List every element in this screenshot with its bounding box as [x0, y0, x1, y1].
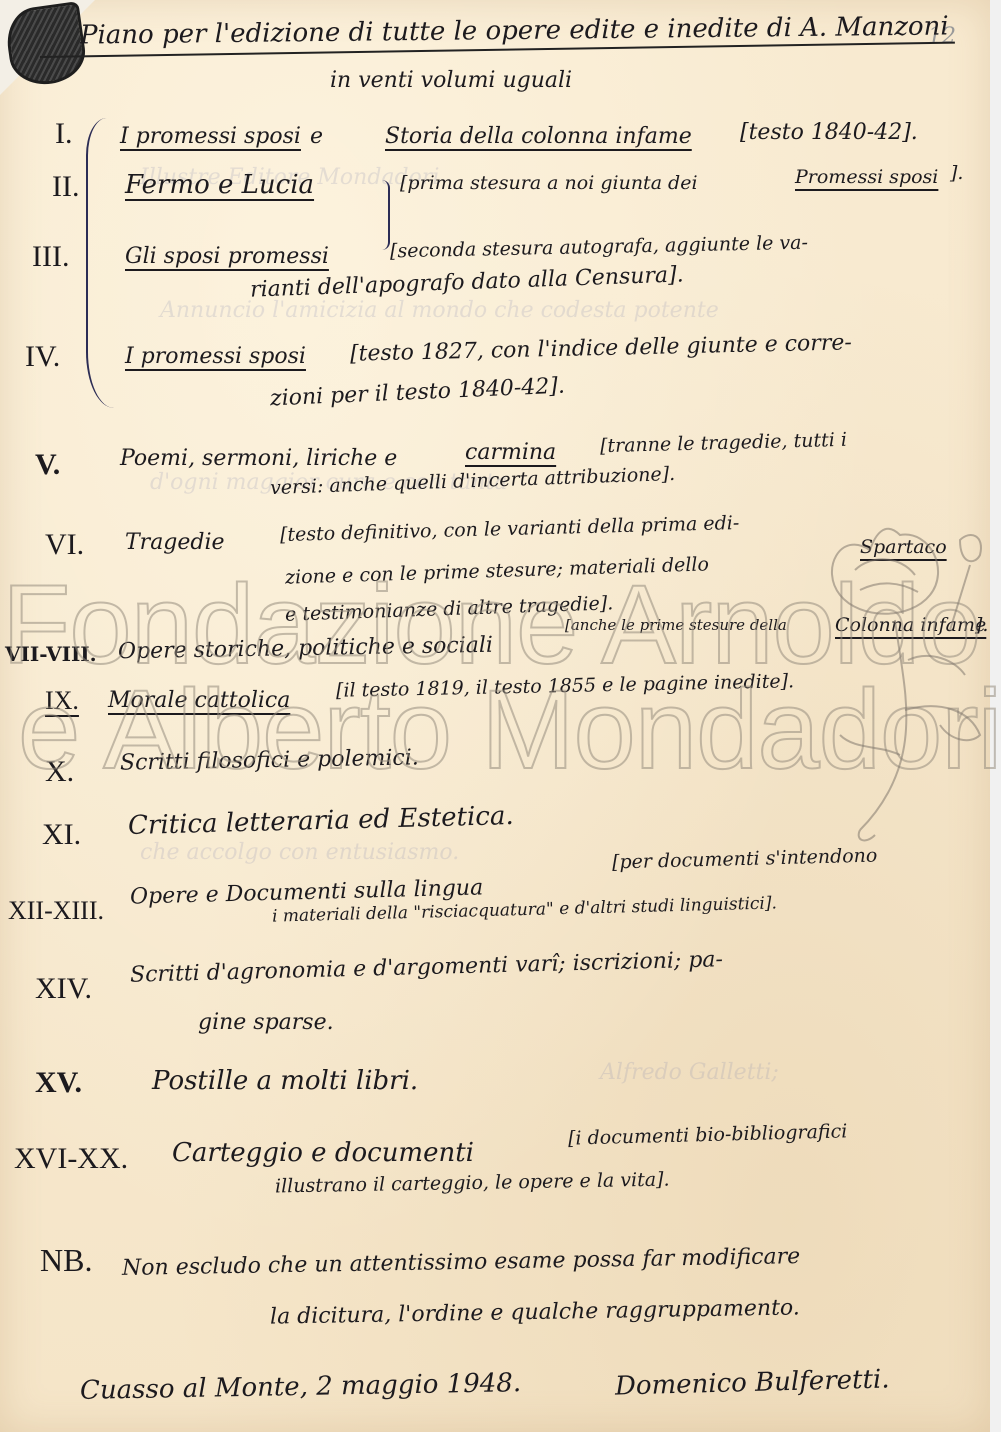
- grouping-brace: [382, 180, 390, 250]
- volume-number: III.: [32, 240, 69, 274]
- volume-number: XIV.: [35, 972, 92, 1006]
- nb-label: NB.: [40, 1242, 92, 1279]
- volume-number: II.: [52, 170, 79, 204]
- work-title: I promessi sposi: [125, 344, 306, 369]
- volume-number: V.: [35, 448, 60, 482]
- volume-number: XV.: [35, 1066, 82, 1100]
- work-title-underlined: carmina: [465, 440, 556, 465]
- editorial-note: [testo 1840-42].: [740, 120, 918, 145]
- work-title-cont: gine sparse.: [198, 1010, 334, 1035]
- volume-number: I.: [55, 117, 73, 151]
- editorial-note: [prima stesura a noi giunta dei: [400, 172, 698, 194]
- connector: e: [310, 124, 323, 149]
- volume-number: IV.: [25, 340, 60, 374]
- rose-watermark-icon: [800, 510, 1000, 850]
- volume-number: XII-XIII.: [8, 896, 104, 926]
- volume-number: VI.: [45, 528, 84, 562]
- work-title: Tragedie: [125, 530, 225, 555]
- note-close: ].: [950, 162, 963, 184]
- note-work-title: Promessi sposi: [795, 166, 938, 188]
- bleed-through-text: Alfredo Galletti;: [600, 1060, 779, 1085]
- work-title: Storia della colonna infame: [385, 124, 692, 149]
- bleed-through-text: Annuncio l'amicizia al mondo che codesta…: [160, 298, 719, 323]
- work-title: Fermo e Lucia: [125, 170, 314, 200]
- volume-number: XI.: [42, 818, 81, 852]
- work-title: Carteggio e documenti: [172, 1138, 474, 1168]
- work-title: Poemi, sermoni, liriche e: [120, 446, 397, 471]
- work-title: Postille a molti libri.: [152, 1066, 418, 1096]
- document-subtitle: in venti volumi uguali: [330, 68, 572, 93]
- volume-number: XVI-XX.: [14, 1142, 128, 1176]
- work-title: Gli sposi promessi: [125, 244, 329, 269]
- work-title: I promessi sposi: [120, 124, 301, 149]
- bleed-through-text: che accolgo con entusiasmo.: [140, 840, 459, 865]
- grouping-brace: [86, 118, 114, 408]
